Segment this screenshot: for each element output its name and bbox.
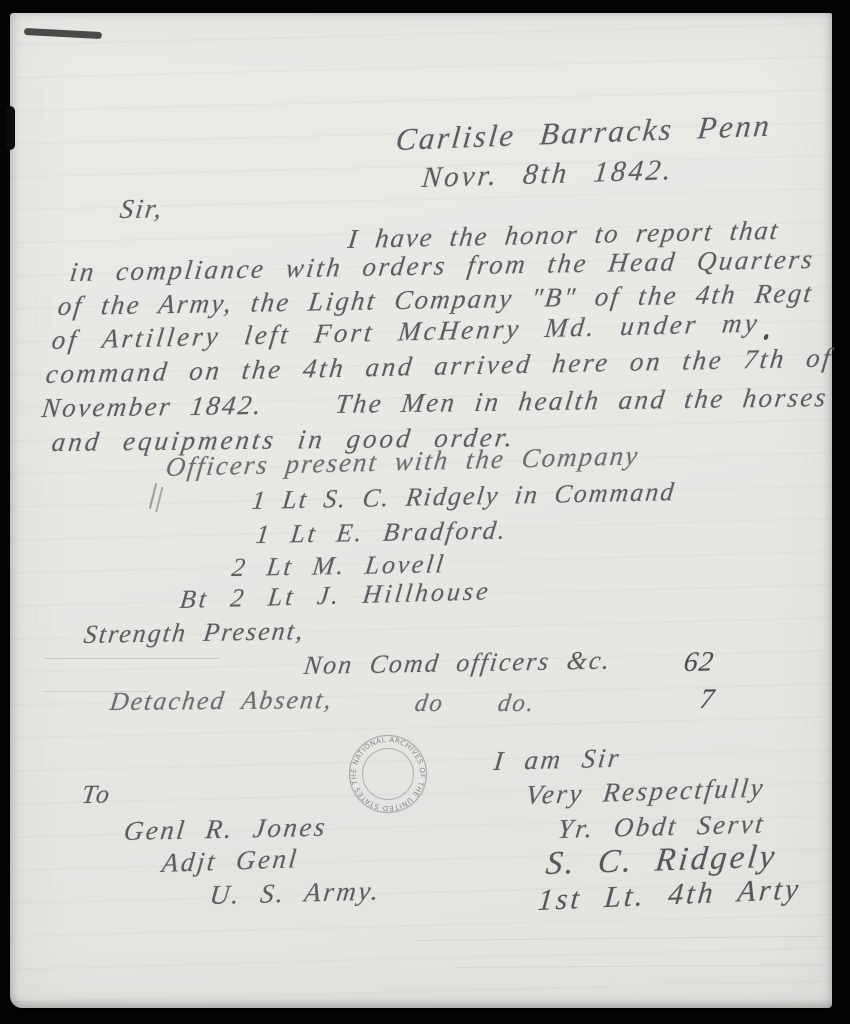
bleedthrough-line	[44, 658, 219, 659]
address-line: Genl R. Jones	[122, 812, 329, 847]
strength-row-value: 62	[682, 646, 716, 679]
address-line: U. S. Army.	[208, 875, 382, 911]
ditto-mark: do	[413, 690, 446, 718]
stamp-text: THE NATIONAL ARCHIVES OF THE UNITED STAT…	[340, 726, 436, 822]
address-line: To	[80, 779, 113, 810]
strength-heading-line: Strength Present,	[82, 616, 306, 650]
closing-line: I am Sir	[492, 743, 623, 777]
scan-artifact-left-notch	[6, 106, 15, 150]
strength-row-label: Non Comd officers &c.	[302, 646, 613, 681]
address-line: Adjt Genl	[160, 843, 300, 879]
strength-row-label: Detached Absent,	[108, 685, 335, 717]
officer-line: 1 Lt E. Bradford.	[254, 516, 509, 550]
stamp-inner-ring	[363, 749, 414, 800]
archives-stamp: THE NATIONAL ARCHIVES OF THE UNITED STAT…	[340, 726, 436, 822]
ditto-mark: do.	[496, 690, 537, 718]
salutation-line: Sir,	[118, 193, 165, 225]
